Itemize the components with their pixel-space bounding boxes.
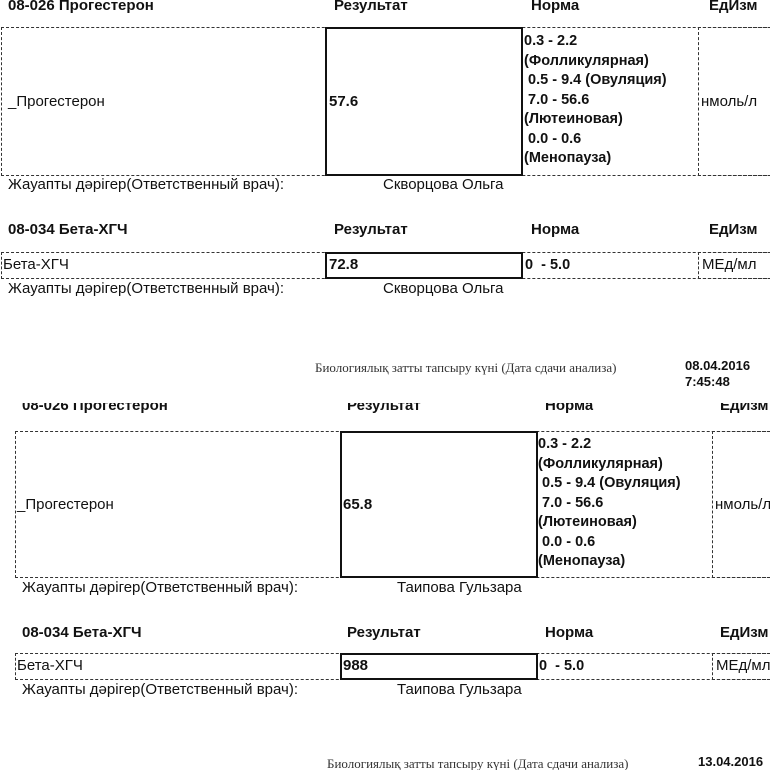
norm-header: Норма <box>531 0 579 14</box>
test-result-value: 72.8 <box>329 256 358 273</box>
test-result-value: 988 <box>343 657 368 674</box>
reference-range: 0.3 - 2.2 (Фолликулярная) 0.5 - 9.4 (Ову… <box>524 32 667 169</box>
test-name: Бета-ХГЧ <box>3 256 69 273</box>
unit-header: ЕдИзм <box>709 221 758 238</box>
unit-value: нмоль/л <box>701 93 757 110</box>
doctor-name: Таипова Гульзара <box>397 579 522 596</box>
test-title-beta-hcg: 08-034 Бета-ХГЧ <box>22 624 142 641</box>
doctor-label: Жауапты дәрігер(Ответственный врач): <box>22 579 298 596</box>
reference-range: 0.3 - 2.2 (Фолликулярная) 0.5 - 9.4 (Ову… <box>538 435 681 572</box>
doctor-name: Таипова Гульзара <box>397 681 522 698</box>
doctor-label: Жауапты дәрігер(Ответственный врач): <box>22 681 298 698</box>
norm-header: Норма <box>545 624 593 641</box>
doctor-name: Скворцова Ольга <box>383 280 504 297</box>
result-header: Результат <box>334 221 408 238</box>
sample-date-label: Биологиялық затты тапсыру күні (Дата сда… <box>327 756 628 770</box>
test-title-progesterone: 08-026 Прогестерон <box>22 397 168 414</box>
test-name: Бета-ХГЧ <box>17 657 83 674</box>
sample-date: 13.04.2016 <box>698 754 763 769</box>
doctor-label: Жауапты дәрігер(Ответственный врач): <box>8 176 284 193</box>
unit-header: ЕдИзм <box>709 0 758 14</box>
doctor-label: Жауапты дәрігер(Ответственный врач): <box>8 280 284 297</box>
norm-header: Норма <box>531 221 579 238</box>
unit-header: ЕдИзм <box>720 397 769 414</box>
doctor-name: Скворцова Ольга <box>383 176 504 193</box>
test-result-value: 65.8 <box>343 496 372 513</box>
reference-range: 0 - 5.0 <box>525 256 570 276</box>
reference-range: 0 - 5.0 <box>539 657 584 677</box>
sample-date: 08.04.2016 <box>685 358 750 373</box>
test-name: _Прогестерон <box>8 93 105 110</box>
result-header: Результат <box>347 624 421 641</box>
test-result-value: 57.6 <box>329 93 358 110</box>
sample-time: 7:45:48 <box>685 374 730 389</box>
sample-date-label: Биологиялық затты тапсыру күні (Дата сда… <box>315 360 616 376</box>
test-title-beta-hcg: 08-034 Бета-ХГЧ <box>8 221 128 238</box>
unit-value: МЕд/мл <box>716 657 770 674</box>
result-cell <box>340 653 538 680</box>
norm-header: Норма <box>545 397 593 414</box>
result-header: Результат <box>334 0 408 14</box>
unit-header: ЕдИзм <box>720 624 769 641</box>
test-name: _Прогестерон <box>17 496 114 513</box>
result-header: Результат <box>347 397 421 414</box>
test-title-progesterone: 08-026 Прогестерон <box>8 0 154 14</box>
unit-value: нмоль/л <box>715 496 770 513</box>
unit-value: МЕд/мл <box>702 256 757 273</box>
